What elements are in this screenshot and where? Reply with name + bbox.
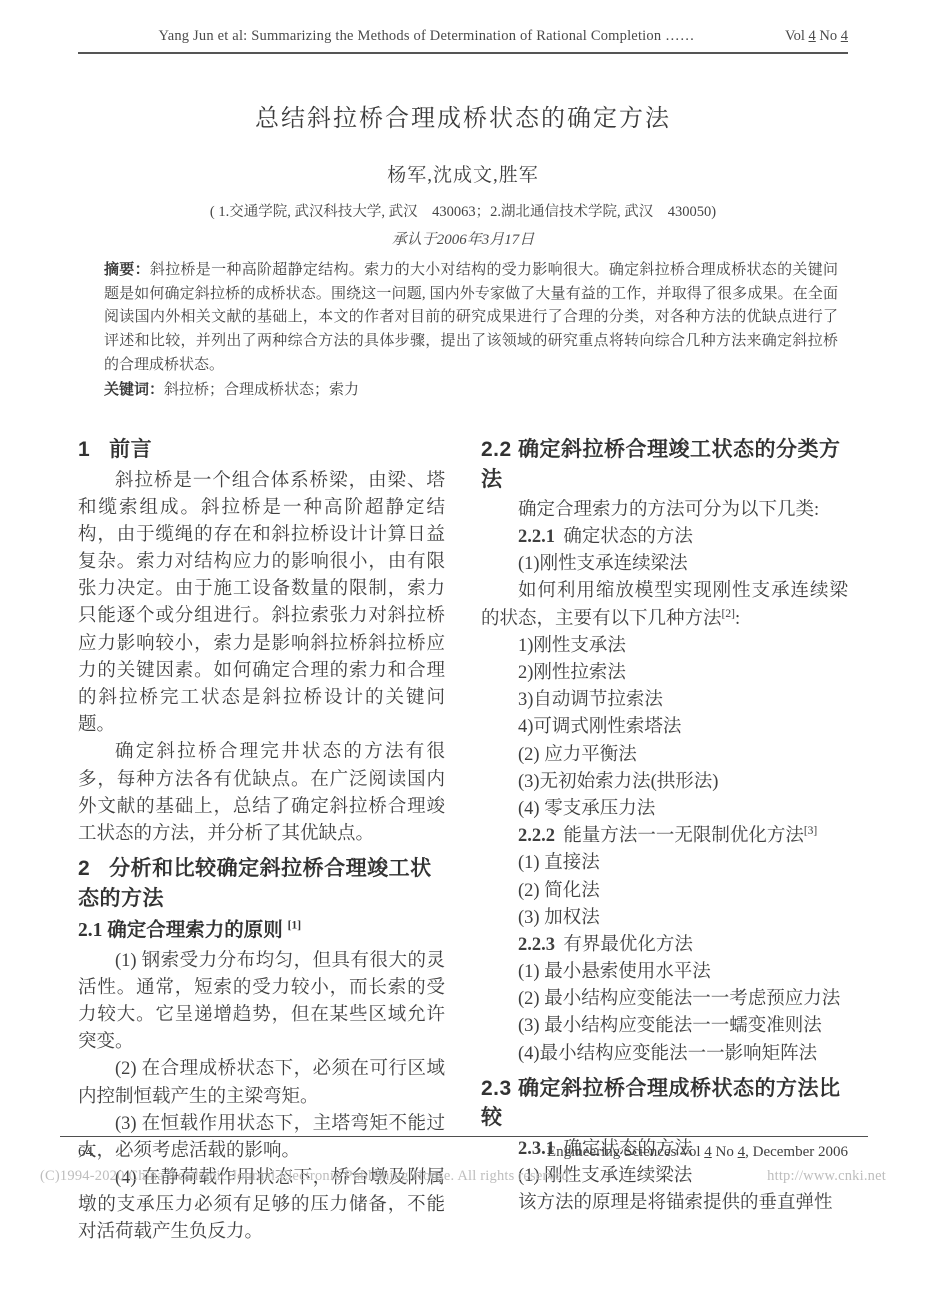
- section-number: 2: [78, 857, 90, 880]
- journal-name: Engineering Sciences Vol: [547, 1144, 704, 1160]
- list-item: (3)无初始索力法(拱形法): [481, 769, 848, 796]
- list-item: (2) 应力平衡法: [481, 742, 848, 769]
- footer-rule: [60, 1136, 868, 1137]
- section-title: 前言: [109, 438, 152, 461]
- section-number: 2.2.1: [518, 527, 555, 547]
- list-item: (2) 在合理成桥状态下，必须在可行区域内控制恒载产生的主梁弯矩。: [78, 1056, 445, 1110]
- copyright-text: (C)1994-2020 China Academic Journal Elec…: [40, 1168, 573, 1185]
- vol-number: 4: [809, 28, 816, 44]
- page-title: 总结斜拉桥合理成桥状态的确定方法: [78, 98, 848, 133]
- affiliation: ( 1.交通学院, 武汉科技大学, 武汉 430063；2.湖北通信技术学院, …: [78, 200, 848, 221]
- received-date: 承认于2006年3月17日: [78, 228, 848, 249]
- journal-line: Engineering Sciences Vol 4 No 4, Decembe…: [547, 1144, 848, 1161]
- section-2-2-1-heading: 2.2.1确定状态的方法: [481, 524, 848, 551]
- list-item: (1) 最小悬索使用水平法: [481, 959, 848, 986]
- paragraph-text: 如何利用缩放模型实现刚性支承连续梁的状态，主要有以下几种方法: [481, 581, 848, 628]
- list-item: 4)可调式刚性索塔法: [481, 714, 848, 741]
- section-2-1-heading: 2.1 确定合理索力的原则 [1]: [78, 917, 445, 946]
- vol-label: Vol: [785, 28, 809, 44]
- citation-ref: [2]: [722, 608, 735, 620]
- authors: 杨军,沈成文,胜军: [78, 160, 848, 187]
- issue-number: 4: [738, 1144, 746, 1160]
- list-item: (4) 零支承压力法: [481, 796, 848, 823]
- cnki-url: http://www.cnki.net: [767, 1168, 886, 1185]
- citation-ref: [1]: [288, 919, 301, 931]
- volume-issue: Vol 4 No 4: [775, 28, 848, 45]
- paragraph: 确定合理索力的方法可分为以下几类:: [481, 497, 848, 524]
- section-number: 2.2.3: [518, 935, 555, 955]
- two-column-body: 1前言 斜拉桥是一个组合体系桥梁，由梁、塔和缆索组成。斜拉桥是一种高阶超静定结构…: [78, 429, 848, 1247]
- header-rule: [78, 52, 848, 54]
- list-item: (3) 最小结构应变能法一一蠕变准则法: [481, 1013, 848, 1040]
- list-item: (1) 钢索受力分布均匀，但具有很大的灵活性。通常，短索的受力较小，而长索的受力…: [78, 948, 445, 1057]
- list-item: (4)最小结构应变能法一一影响矩阵法: [481, 1041, 848, 1068]
- footer: 64 Engineering Sciences Vol 4 No 4, Dece…: [78, 1144, 848, 1161]
- citation-ref: [3]: [804, 825, 817, 837]
- abstract: 摘要：斜拉桥是一种高阶超静定结构。索力的大小对结构的受力影响很大。确定斜拉桥合理…: [104, 258, 838, 377]
- list-item: (3) 加权法: [481, 905, 848, 932]
- list-item: 3)自动调节拉索法: [481, 687, 848, 714]
- section-2-2-3-heading: 2.2.3有界最优化方法: [481, 932, 848, 959]
- paragraph-text: :: [735, 609, 740, 629]
- no-label: No: [816, 28, 841, 44]
- paragraph: 斜拉桥是一个组合体系桥梁，由梁、塔和缆索组成。斜拉桥是一种高阶超静定结构，由于缆…: [78, 468, 445, 740]
- section-title: 分析和比较确定斜拉桥合理竣工状态的方法: [78, 857, 432, 909]
- keywords-text: 斜拉桥；合理成桥状态；索力: [164, 382, 359, 398]
- section-number: 2.1: [78, 920, 102, 941]
- paragraph: 如何利用缩放模型实现刚性支承连续梁的状态，主要有以下几种方法[2]:: [481, 578, 848, 632]
- paragraph: 确定斜拉桥合理完井状态的方法有很多，每种方法各有优缺点。在广泛阅读国内外文献的基…: [78, 739, 445, 848]
- keywords: 关键词：斜拉桥；合理成桥状态；索力: [104, 378, 838, 403]
- paragraph: 该方法的原理是将锚索提供的垂直弹性: [481, 1190, 848, 1217]
- no-label: No: [712, 1144, 738, 1160]
- vol-number: 4: [704, 1144, 712, 1160]
- list-item: 2)刚性拉索法: [481, 660, 848, 687]
- running-head: Yang Jun et al: Summarizing the Methods …: [78, 14, 848, 52]
- journal-date: , December 2006: [745, 1144, 848, 1160]
- right-column: 2.2 确定斜拉桥合理竣工状态的分类方法 确定合理索力的方法可分为以下几类: 2…: [481, 429, 848, 1247]
- section-title: 有界最优化方法: [563, 935, 693, 955]
- section-title: 确定合理索力的原则: [107, 920, 283, 941]
- issue-number: 4: [841, 28, 848, 44]
- running-title: Yang Jun et al: Summarizing the Methods …: [78, 28, 775, 45]
- section-2-2-2-heading: 2.2.2能量方法一一无限制优化方法[3]: [481, 823, 848, 850]
- section-2-2-heading: 2.2 确定斜拉桥合理竣工状态的分类方法: [481, 435, 848, 494]
- list-item: (2) 简化法: [481, 878, 848, 905]
- keywords-label: 关键词：: [104, 381, 164, 398]
- list-item: (2) 最小结构应变能法一一考虑预应力法: [481, 986, 848, 1013]
- list-item: 1)刚性支承法: [481, 633, 848, 660]
- page-number: 64: [78, 1144, 93, 1161]
- section-number: 2.2.2: [518, 826, 555, 846]
- abstract-label: 摘要：: [104, 261, 150, 278]
- abstract-text: 斜拉桥是一种高阶超静定结构。索力的大小对结构的受力影响很大。确定斜拉桥合理成桥状…: [104, 262, 838, 373]
- left-column: 1前言 斜拉桥是一个组合体系桥梁，由梁、塔和缆索组成。斜拉桥是一种高阶超静定结构…: [78, 429, 445, 1247]
- list-item: (1) 直接法: [481, 850, 848, 877]
- section-2-heading: 2分析和比较确定斜拉桥合理竣工状态的方法: [78, 854, 445, 913]
- copyright-line: (C)1994-2020 China Academic Journal Elec…: [40, 1168, 886, 1185]
- section-number: 1: [78, 438, 90, 461]
- section-title: 能量方法一一无限制优化方法: [563, 826, 804, 846]
- list-item: (1)刚性支承连续梁法: [481, 551, 848, 578]
- section-title: 确定状态的方法: [563, 527, 693, 547]
- section-1-heading: 1前言: [78, 435, 445, 464]
- section-2-3-heading: 2.3 确定斜拉桥合理成桥状态的方法比较: [481, 1074, 848, 1133]
- paper-page: Yang Jun et al: Summarizing the Methods …: [0, 0, 926, 1309]
